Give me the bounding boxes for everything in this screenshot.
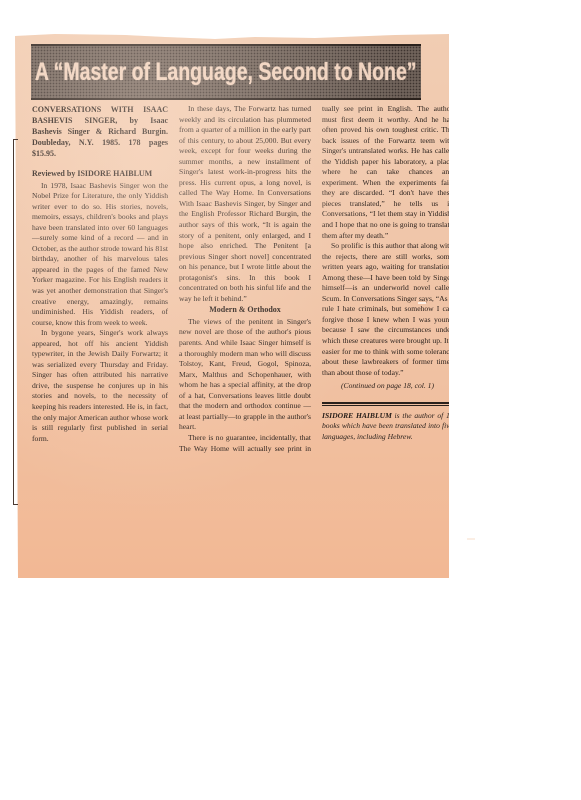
paragraph: So prolific is this author that along wi… — [322, 241, 453, 378]
margin-bracket — [13, 139, 18, 505]
reviewer-byline: Reviewed by ISIDORE HAIBLUM — [32, 169, 168, 180]
paragraph: There is no guarantee, incidentally, tha… — [179, 433, 311, 454]
paragraph: In bygone years, Singer's work always ap… — [32, 328, 168, 444]
newspaper-clipping: A “Master of Language, Second to None” C… — [15, 34, 449, 578]
paragraph: In 1978, Isaac Bashevis Singer won the N… — [32, 181, 168, 329]
paragraph: In these days, The Forwartz has turned w… — [179, 104, 311, 304]
column-2: In these days, The Forwartz has turned w… — [179, 104, 311, 454]
column-3: tually see print in English. The author … — [322, 104, 453, 442]
divider-rule — [322, 402, 453, 406]
book-info: CONVERSATIONS WITH ISAAC BASHEVIS SINGER… — [32, 104, 168, 159]
section-subhead: Modern & Orthodox — [179, 305, 311, 316]
paragraph: The views of the penitent in Singer's ne… — [179, 317, 311, 433]
paper-nick — [418, 302, 426, 304]
author-bio: ISIDORE HAIBLUM is the author of 11 book… — [322, 411, 453, 443]
headline: A “Master of Language, Second to None” — [35, 58, 417, 87]
headline-banner: A “Master of Language, Second to None” — [31, 44, 421, 100]
paper-nick — [467, 538, 475, 540]
paragraph-continuation: tually see print in English. The author … — [322, 104, 453, 241]
continued-note: (Continued on page 18, col. 1) — [322, 381, 453, 392]
author-name: ISIDORE HAIBLUM — [322, 411, 392, 420]
column-1: CONVERSATIONS WITH ISAAC BASHEVIS SINGER… — [32, 104, 168, 444]
